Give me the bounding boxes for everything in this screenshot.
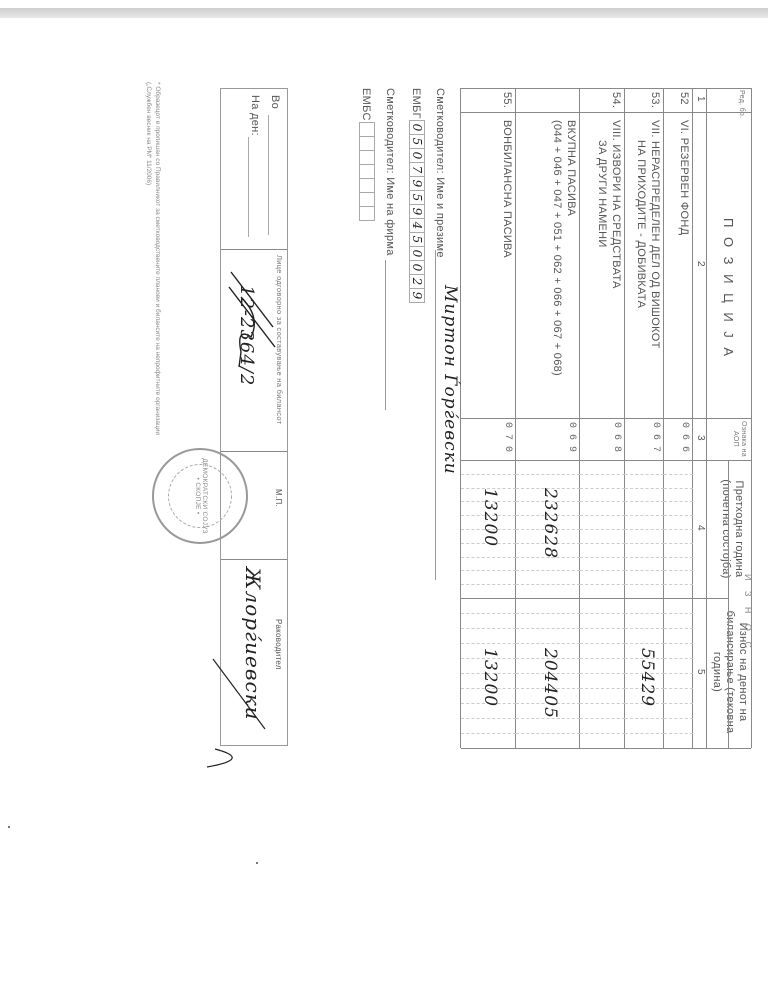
digit-grid [461, 733, 516, 734]
digit-grid [625, 557, 664, 558]
embg-field: 0507959450029 [408, 120, 426, 302]
digit-grid [664, 529, 693, 530]
date-label: На ден: [249, 95, 261, 136]
accountant-name-label: Сметководител: Име и презиме [434, 88, 446, 258]
footnote-line-1: * Образецот е пропишан со Правилникот за… [153, 82, 162, 435]
digit-grid [516, 474, 580, 475]
digit-grid [580, 658, 625, 659]
embg-digit: 9 [409, 288, 425, 303]
place-label: Во [269, 95, 281, 109]
digit-grid [580, 529, 625, 530]
row-number: 55. [501, 92, 513, 108]
embg-digit: 4 [409, 218, 425, 233]
date-line [248, 137, 249, 237]
embs-digit [359, 178, 375, 193]
row-aop: 067 [650, 422, 661, 458]
digit-grid [664, 501, 693, 502]
row-label: ВОНБИЛАНСНА ПАСИВА [501, 120, 513, 258]
digit-grid [580, 688, 625, 689]
row-label: VI. РЕЗЕРВЕН ФОНД [678, 120, 690, 235]
accountant-firm-line [385, 260, 386, 410]
row-label: VII. НЕРАСПРЕДЕЛЕН ДЕЛ ОД ВИШОКОТ [649, 120, 661, 349]
header-position: П О З И Ц И Ј А [722, 218, 735, 359]
divider [221, 451, 287, 452]
digit-grid [461, 570, 516, 571]
digit-grid [461, 584, 516, 585]
digit-grid [625, 488, 664, 489]
embg-digit: 5 [409, 134, 425, 149]
embs-field [358, 122, 376, 220]
column-number: 4 [695, 525, 706, 531]
header-previous-year: Претходна година (почетна состојба) [719, 462, 745, 596]
digit-grid [580, 557, 625, 558]
embg-digit: 2 [409, 274, 425, 289]
digit-grid [580, 501, 625, 502]
digit-grid [664, 584, 693, 585]
official-stamp: ДЕМОКРАТСКИ СОЈУЗ • СКОПЈЕ • [152, 448, 248, 544]
accountant-firm-label: Сметководител: Име на фирма [384, 88, 396, 256]
balance-table: Ред. бр.П О З И Ц И Ј АОзнака на АОППрет… [461, 88, 752, 748]
digit-grid [664, 703, 693, 704]
digit-grid [625, 584, 664, 585]
digit-grid [664, 628, 693, 629]
digit-grid [664, 488, 693, 489]
table-row: 52VI. РЕЗЕРВЕН ФОНД066 [664, 88, 693, 748]
embs-digit [359, 122, 375, 137]
divider [221, 559, 287, 560]
responsible-signature [225, 267, 281, 377]
column-number: 2 [695, 261, 706, 267]
digit-grid [625, 733, 664, 734]
header-amount-group: И З Н О С [743, 574, 753, 652]
embg-digit: 0 [409, 120, 425, 135]
digit-grid [461, 643, 516, 644]
embs-label: ЕМБС [360, 88, 372, 121]
footnote: * Образецот е пропишан со Правилникот за… [144, 82, 162, 435]
digit-grid [580, 474, 625, 475]
place-line [268, 115, 269, 235]
manager-signature-stroke [203, 649, 273, 769]
digit-grid [664, 613, 693, 614]
digit-grid [625, 474, 664, 475]
digit-grid [625, 643, 664, 644]
row-label-2: ЗА ДРУГИ НАМЕНИ [596, 140, 608, 248]
digit-grid [625, 613, 664, 614]
digit-grid [664, 643, 693, 644]
table-row: 54.VIII. ИЗВОРИ НА СРЕДСТВАТАЗА ДРУГИ НА… [580, 88, 625, 748]
document-page: Ред. бр.П О З И Ц И Ј АОзнака на АОППрет… [0, 0, 768, 994]
digit-grid [664, 543, 693, 544]
row-previous-value: 13200 [480, 488, 500, 547]
digit-grid [580, 703, 625, 704]
scan-speck [8, 826, 10, 828]
digit-grid [516, 643, 580, 644]
digit-grid [625, 718, 664, 719]
embg-digit: 5 [409, 190, 425, 205]
divider [221, 249, 287, 250]
stamp-text: ДЕМОКРАТСКИ СОЈУЗ • СКОПЈЕ • [194, 458, 208, 534]
embs-digit [359, 192, 375, 207]
header-row-no: Ред. бр. [737, 90, 745, 110]
digit-grid [625, 529, 664, 530]
row-aop: 068 [611, 422, 622, 458]
embs-digit [359, 150, 375, 165]
digit-grid [461, 613, 516, 614]
embg-digit: 0 [409, 260, 425, 275]
header-divider [728, 460, 729, 748]
manager-label: Раководител [274, 619, 283, 670]
digit-grid [664, 658, 693, 659]
digit-grid [664, 688, 693, 689]
footnote-line-2: („Службен весник на РМ“ 11/2006) [144, 82, 153, 435]
signature-box: Во На ден: Лице одговорно за составување… [220, 88, 288, 746]
digit-grid [516, 570, 580, 571]
row-number: 54. [610, 92, 622, 108]
digit-grid [461, 474, 516, 475]
digit-grid [461, 628, 516, 629]
row-current-value: 204405 [540, 648, 560, 719]
stamp-label: М.П. [274, 489, 283, 507]
column-number: 1 [695, 96, 706, 102]
embs-digit [359, 136, 375, 151]
scan-speck [256, 862, 258, 864]
table-border [461, 748, 751, 749]
row-aop: 066 [679, 422, 690, 458]
embg-digit: 9 [409, 204, 425, 219]
digit-grid [664, 570, 693, 571]
embg-digit: 9 [409, 176, 425, 191]
column-number: 5 [695, 669, 706, 675]
embg-digit: 5 [409, 232, 425, 247]
row-aop: 070 [502, 422, 513, 458]
digit-grid [516, 613, 580, 614]
accountant-name-value: Миртон Ѓорѓевски [440, 285, 460, 475]
table-row: 55.ВОНБИЛАНСНА ПАСИВА0701320013200 [461, 88, 516, 748]
digit-grid [516, 733, 580, 734]
row-current-value: 55429 [637, 648, 657, 707]
row-number: 52 [678, 92, 690, 105]
accountant-name-line [435, 250, 436, 580]
digit-grid [516, 628, 580, 629]
column-number: 3 [695, 435, 706, 441]
digit-grid [580, 543, 625, 544]
digit-grid [580, 718, 625, 719]
embs-digit [359, 164, 375, 179]
digit-grid [580, 613, 625, 614]
table-row: 53.VII. НЕРАСПРЕДЕЛЕН ДЕЛ ОД ВИШОКОТНА П… [625, 88, 664, 748]
row-label: ВКУПНА ПАСИВА [565, 120, 577, 216]
table-row: ВКУПНА ПАСИВА(044 + 046 + 047 + 051 + 06… [516, 88, 580, 748]
digit-grid [664, 474, 693, 475]
row-previous-value: 232628 [540, 488, 560, 559]
row-label-2: НА ПРИХОДИТЕ - ДОБИВКАТА [635, 140, 647, 308]
digit-grid [580, 584, 625, 585]
row-label-2: (044 + 046 + 047 + 051 + 062 + 066 + 067… [551, 120, 563, 376]
digit-grid [625, 570, 664, 571]
row-aop: 069 [566, 422, 577, 458]
digit-grid [580, 570, 625, 571]
digit-grid [580, 488, 625, 489]
digit-grid [625, 543, 664, 544]
row-number: 53. [649, 92, 661, 108]
embg-digit: 0 [409, 148, 425, 163]
digit-grid [664, 673, 693, 674]
digit-grid [664, 515, 693, 516]
digit-grid [664, 557, 693, 558]
embs-digit [359, 206, 375, 221]
digit-grid [580, 628, 625, 629]
digit-grid [664, 733, 693, 734]
digit-grid [461, 718, 516, 719]
digit-grid [580, 643, 625, 644]
digit-grid [516, 584, 580, 585]
embg-label: ЕМБГ [410, 88, 422, 119]
embg-digit: 0 [409, 246, 425, 261]
header-aop: Ознака на АОП [731, 420, 747, 458]
digit-grid [664, 718, 693, 719]
digit-grid [625, 628, 664, 629]
digit-grid [625, 515, 664, 516]
row-label: VIII. ИЗВОРИ НА СРЕДСТВАТА [610, 120, 622, 289]
row-current-value: 13200 [480, 648, 500, 707]
embg-digit: 7 [409, 162, 425, 177]
digit-grid [580, 515, 625, 516]
digit-grid [625, 501, 664, 502]
digit-grid [580, 673, 625, 674]
digit-grid [580, 733, 625, 734]
digit-grid [461, 557, 516, 558]
